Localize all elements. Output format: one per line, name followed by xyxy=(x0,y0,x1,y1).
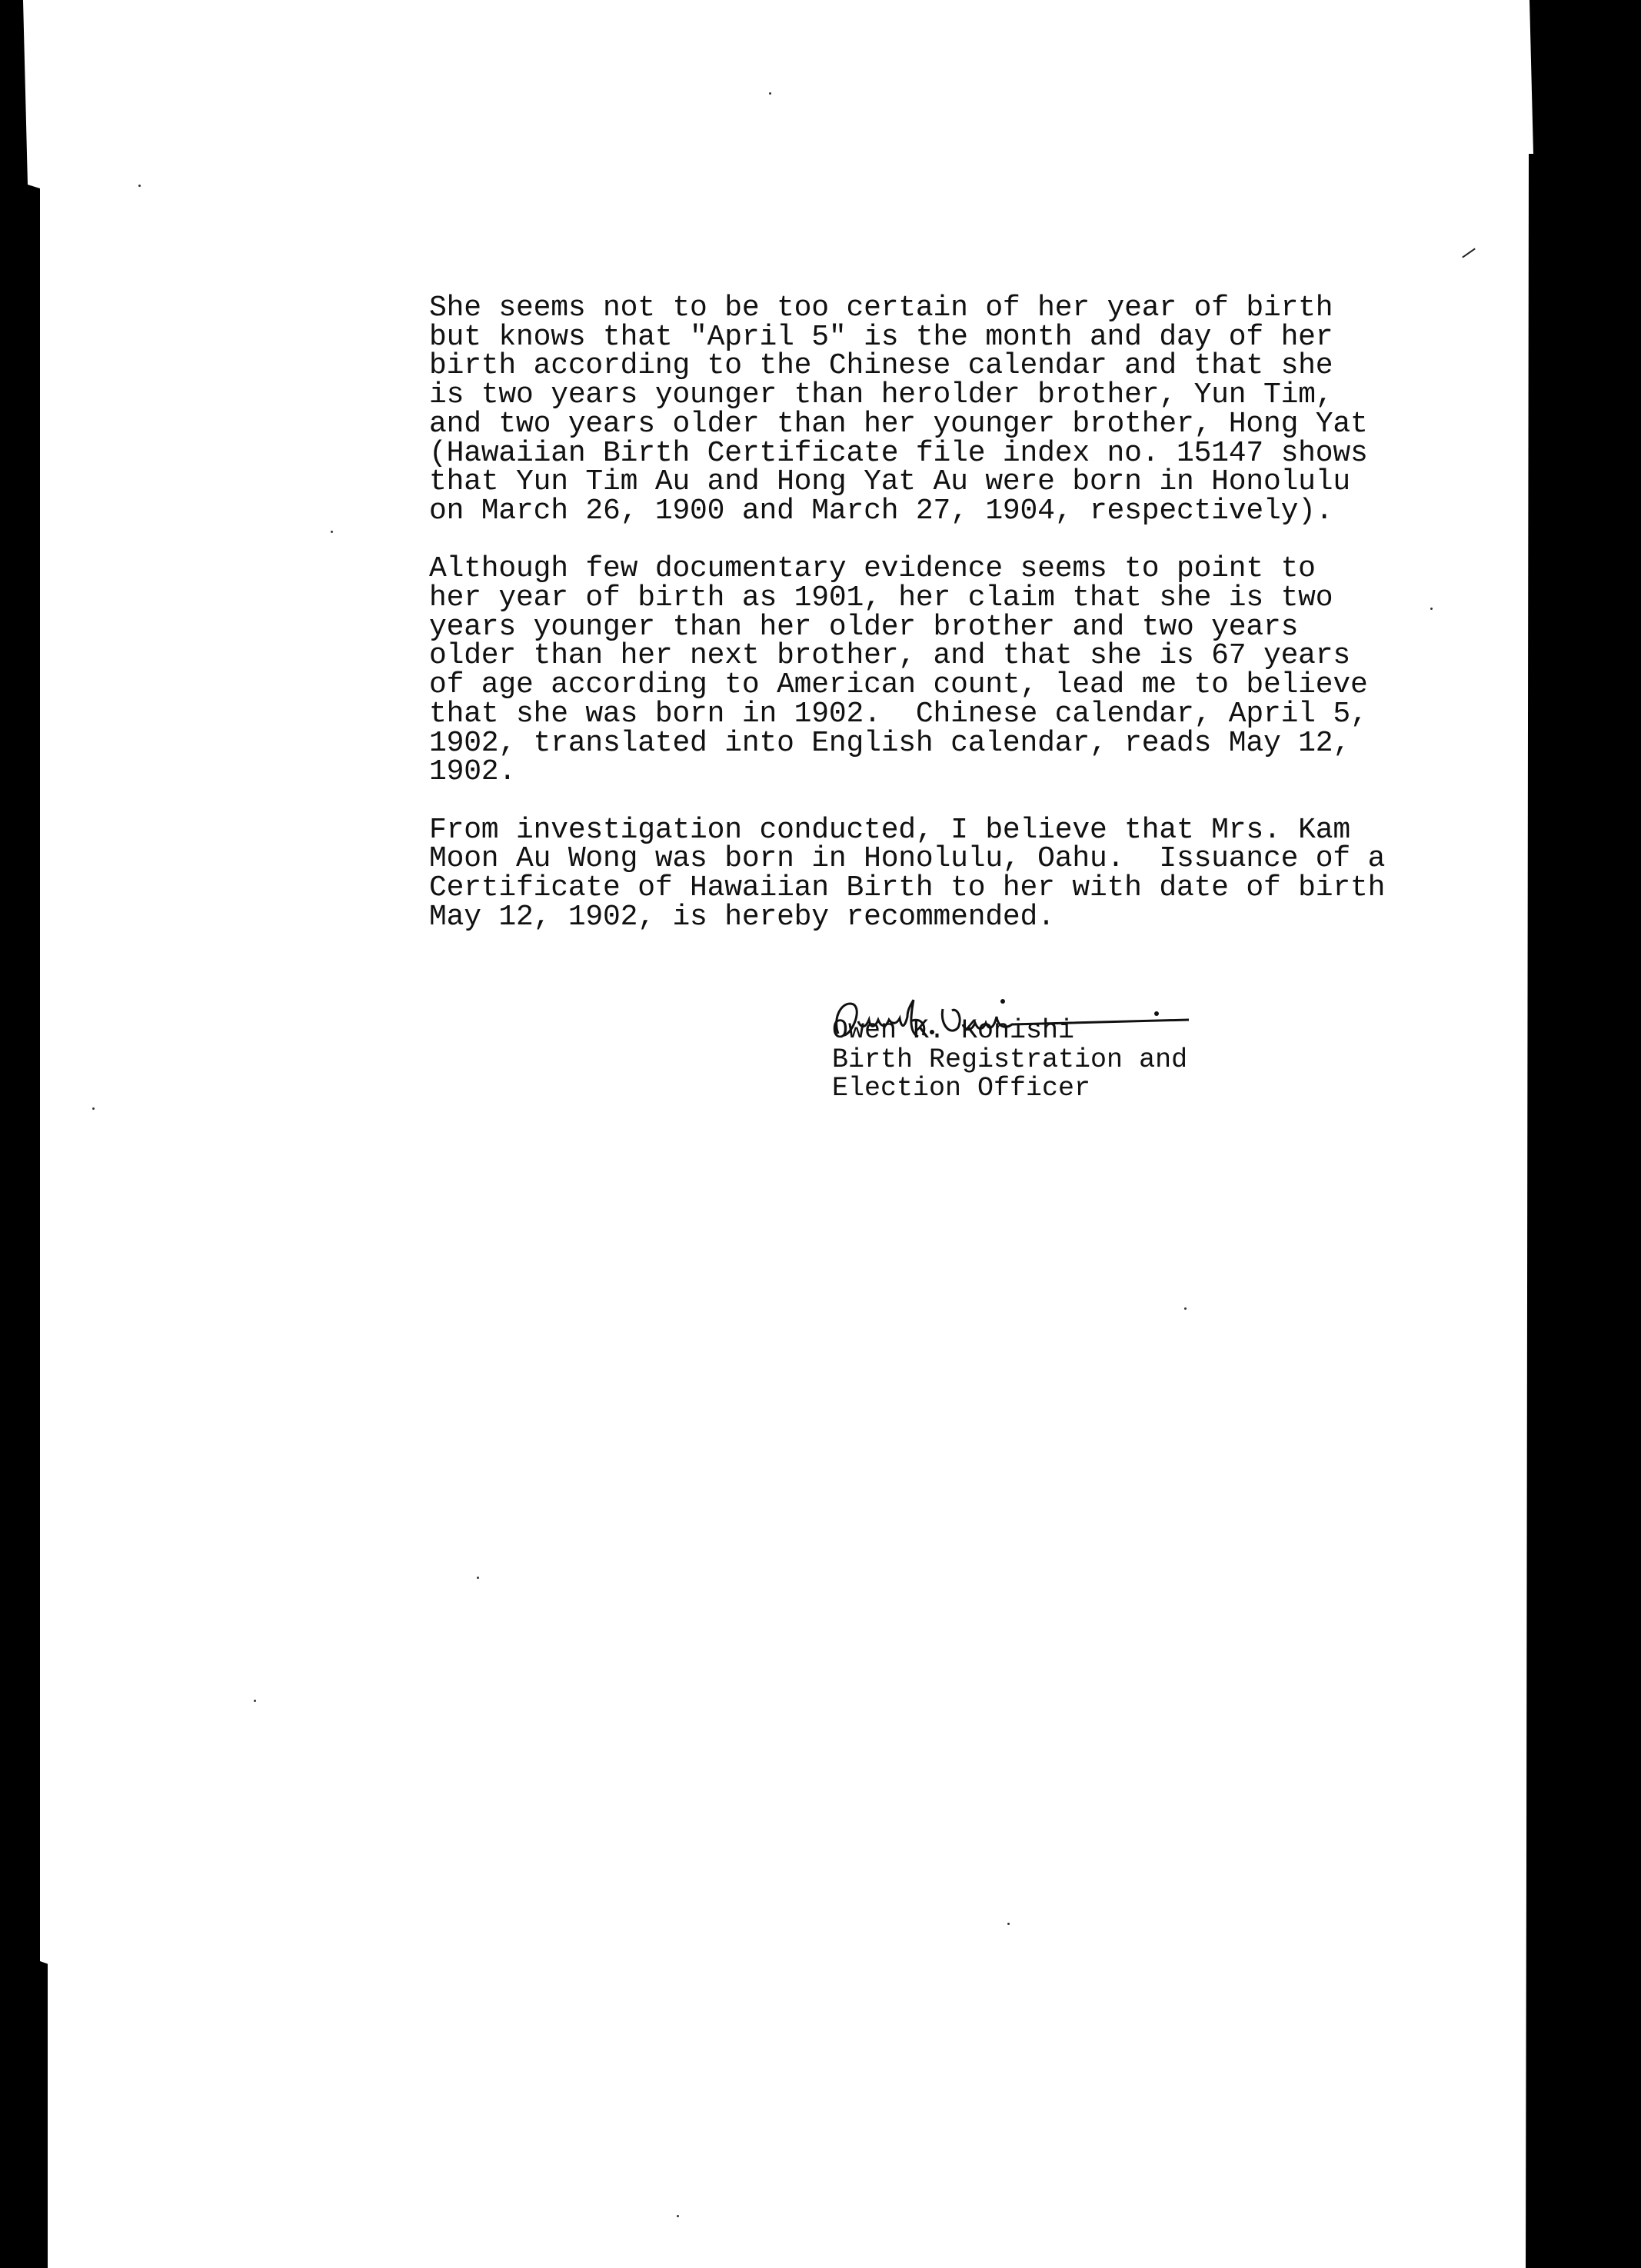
scan-speck xyxy=(92,1107,95,1110)
text-line: 1902, translated into English calendar, … xyxy=(429,729,1429,758)
text-line: her year of birth as 1901, her claim tha… xyxy=(429,584,1429,613)
text-line: Moon Au Wong was born in Honolulu, Oahu.… xyxy=(429,844,1429,874)
text-line: Certificate of Hawaiian Birth to her wit… xyxy=(429,874,1429,903)
scan-speck xyxy=(1184,1307,1187,1310)
text-line: She seems not to be too certain of her y… xyxy=(429,294,1429,323)
text-line: birth according to the Chinese calendar … xyxy=(429,351,1429,381)
scan-speck xyxy=(477,1577,479,1579)
scanned-page: She seems not to be too certain of her y… xyxy=(0,0,1641,2268)
text-line: years younger than her older brother and… xyxy=(429,613,1429,642)
text-line: but knows that "April 5" is the month an… xyxy=(429,323,1429,352)
text-line: on March 26, 1900 and March 27, 1904, re… xyxy=(429,497,1429,526)
text-line: May 12, 1902, is hereby recommended. xyxy=(429,903,1429,932)
text-line: Although few documentary evidence seems … xyxy=(429,555,1429,584)
scan-speck xyxy=(1007,1923,1010,1925)
text-line: that she was born in 1902. Chinese calen… xyxy=(429,700,1429,729)
text-line: 1902. xyxy=(429,758,1429,787)
pen-mark xyxy=(1462,248,1476,258)
text-line: From investigation conducted, I believe … xyxy=(429,816,1429,845)
text-line: is two years younger than herolder broth… xyxy=(429,381,1429,410)
scan-speck xyxy=(254,1700,256,1702)
text-line: of age according to American count, lead… xyxy=(429,671,1429,700)
paragraph-birth-uncertainty: She seems not to be too certain of her y… xyxy=(429,294,1429,526)
letter-body: She seems not to be too certain of her y… xyxy=(429,294,1429,961)
scan-speck xyxy=(1430,608,1433,610)
text-line: that Yun Tim Au and Hong Yat Au were bor… xyxy=(429,468,1429,497)
scan-speck xyxy=(769,92,771,95)
scan-border-left xyxy=(0,0,48,2268)
text-line: older than her next brother, and that sh… xyxy=(429,641,1429,671)
signer-name: Owen K. Konishi xyxy=(832,1017,1187,1046)
text-line: (Hawaiian Birth Certificate file index n… xyxy=(429,439,1429,468)
scan-speck xyxy=(331,531,333,533)
text-line: and two years older than her younger bro… xyxy=(429,410,1429,439)
scan-speck xyxy=(138,185,141,187)
paragraph-evidence: Although few documentary evidence seems … xyxy=(429,555,1429,787)
signature-block: Owen K. Konishi Birth Registration and E… xyxy=(832,1017,1187,1104)
scan-speck xyxy=(677,2215,679,2217)
signer-title-line-2: Election Officer xyxy=(832,1074,1187,1104)
scan-border-right xyxy=(1526,0,1641,2268)
signer-title-line-1: Birth Registration and xyxy=(832,1046,1187,1075)
paragraph-recommendation: From investigation conducted, I believe … xyxy=(429,816,1429,932)
